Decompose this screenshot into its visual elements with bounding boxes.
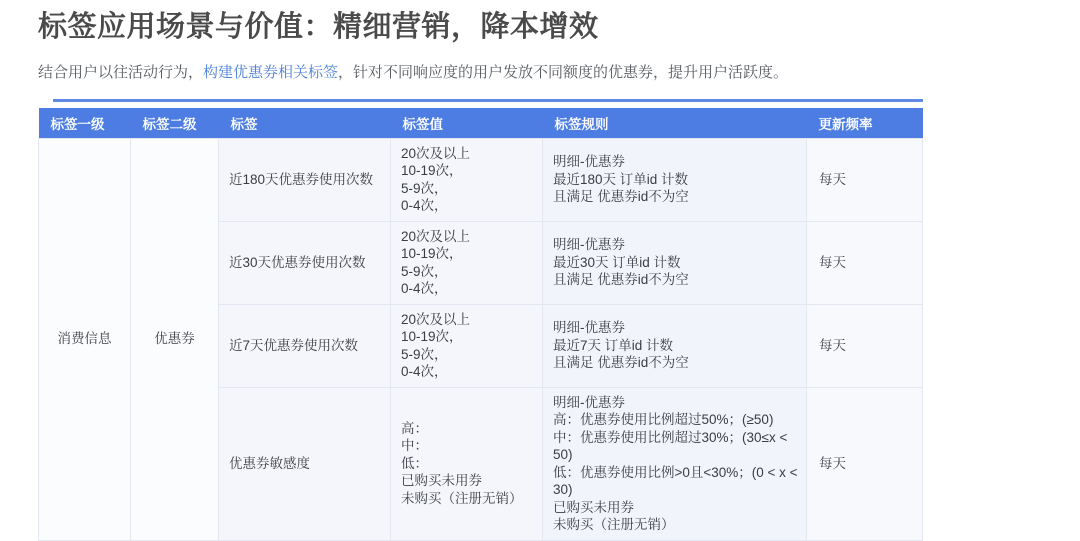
col-header-tag-value: 标签值 [391,108,543,138]
tag-rule-cell: 明细-优惠券 最近30天 订单id 计数 且满足 优惠券id不为空 [543,221,807,304]
table-header-row: 标签一级 标签二级 标签 标签值 标签规则 更新频率 [39,108,923,138]
page-title: 标签应用场景与价值：精细营销，降本增效 [38,4,599,45]
intro-text-suffix: ，针对不同响应度的用户发放不同额度的优惠券，提升用户活跃度。 [338,64,788,81]
col-header-level2: 标签二级 [131,108,219,138]
tag-rule-cell: 明细-优惠券 最近180天 订单id 计数 且满足 优惠券id不为空 [543,138,807,221]
tag-value-cell: 20次及以上 10-19次， 5-9次， 0-4次， [391,304,543,387]
tag-cell: 近7天优惠券使用次数 [219,304,391,387]
frequency-cell: 每天 [807,138,923,221]
tag-value-cell: 20次及以上 10-19次， 5-9次， 0-4次， [391,138,543,221]
tag-cell: 优惠券敏感度 [219,387,391,540]
intro-text: 结合用户以往活动行为，构建优惠券相关标签，针对不同响应度的用户发放不同额度的优惠… [38,61,788,82]
col-header-tag-rule: 标签规则 [543,108,807,138]
intro-text-prefix: 结合用户以往活动行为， [38,64,203,81]
tag-table: 标签一级 标签二级 标签 标签值 标签规则 更新频率 消费信息 优惠券 近180… [38,108,923,541]
tag-cell: 近180天优惠券使用次数 [219,138,391,221]
frequency-cell: 每天 [807,221,923,304]
tag-rule-cell: 明细-优惠券 高：优惠券使用比例超过50%；(≥50) 中：优惠券使用比例超过3… [543,387,807,540]
frequency-cell: 每天 [807,304,923,387]
col-header-tag: 标签 [219,108,391,138]
tag-value-cell: 20次及以上 10-19次， 5-9次， 0-4次， [391,221,543,304]
page: 标签应用场景与价值：精细营销，降本增效 结合用户以往活动行为，构建优惠券相关标签… [0,0,1080,541]
tag-cell: 近30天优惠券使用次数 [219,221,391,304]
tag-value-cell: 高： 中： 低： 已购买未用券 未购买（注册无销） [391,387,543,540]
table-row: 消费信息 优惠券 近180天优惠券使用次数 20次及以上 10-19次， 5-9… [39,138,923,221]
top-divider [53,99,923,102]
coupon-tag-link[interactable]: 构建优惠券相关标签 [203,64,338,81]
level1-cell: 消费信息 [39,138,131,540]
col-header-frequency: 更新频率 [807,108,923,138]
level2-cell: 优惠券 [131,138,219,540]
col-header-level1: 标签一级 [39,108,131,138]
frequency-cell: 每天 [807,387,923,540]
tag-rule-cell: 明细-优惠券 最近7天 订单id 计数 且满足 优惠券id不为空 [543,304,807,387]
